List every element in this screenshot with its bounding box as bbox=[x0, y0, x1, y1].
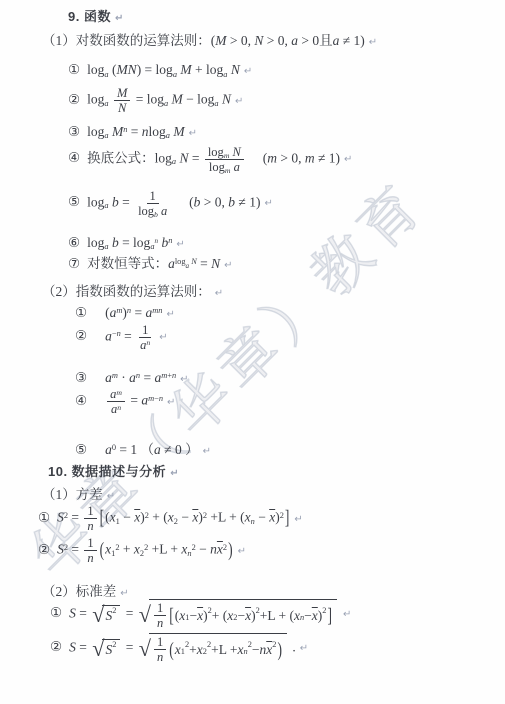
exp-rule-1: ①(am)n = amn↵ bbox=[75, 304, 505, 322]
log-rule-3: ③loga Mn = nloga M↵ bbox=[68, 123, 505, 141]
variance-formula-1: ①S2 = 1n[(x1 − x)2 + (x2 − x)2 +L + (xn … bbox=[38, 504, 505, 533]
exp-rules-intro: （2）指数函数的运算法则：↵ bbox=[42, 283, 505, 301]
stddev-formula-2: ②S = √S2 = √1n(x12 + x22 +L + xn2 − nx2)… bbox=[50, 633, 505, 664]
log-rule-5: ⑤loga b = 1logb a (b > 0, b ≠ 1)↵ bbox=[68, 189, 505, 218]
log-rule-7-identity: ⑦对数恒等式：aloga N = N↵ bbox=[68, 255, 505, 273]
variance-formula-2: ②S2 = 1n(x12 + x22 +L + xn2 − nx2)↵ bbox=[38, 536, 505, 565]
exp-rule-4: ④aman = am−n↵ bbox=[75, 387, 505, 416]
stddev-formula-1: ①S = √S2 = √1n[(x1 − x)2 + (x2 − x)2 +L … bbox=[50, 599, 505, 630]
log-rule-1: ①loga (MN) = loga M + loga N↵ bbox=[68, 61, 505, 79]
exp-rule-3: ③am · an = am+n↵ bbox=[75, 369, 505, 387]
log-rule-4-change-of-base: ④换底公式：loga N = logm Nlogm a (m > 0, m ≠ … bbox=[68, 145, 505, 174]
variance-label: （1）方差↵ bbox=[42, 486, 505, 504]
section-10-heading: 10. 数据描述与分析↵ bbox=[48, 464, 505, 481]
document-page: 华章（华章）教育 9. 函数↵ （1）对数函数的运算法则：(M > 0, N >… bbox=[0, 0, 505, 704]
log-rule-2: ②loga MN = loga M − loga N↵ bbox=[68, 86, 505, 115]
exp-rule-2: ②a−n = 1an↵ bbox=[75, 323, 505, 352]
section-9-heading: 9. 函数↵ bbox=[68, 9, 505, 26]
log-rule-6: ⑥loga b = logan bn↵ bbox=[68, 234, 505, 252]
log-rules-intro: （1）对数函数的运算法则：(M > 0, N > 0, a > 0且a ≠ 1)… bbox=[42, 32, 505, 50]
exp-rule-5: ⑤a0 = 1 （a ≠ 0 ）↵ bbox=[75, 441, 505, 459]
